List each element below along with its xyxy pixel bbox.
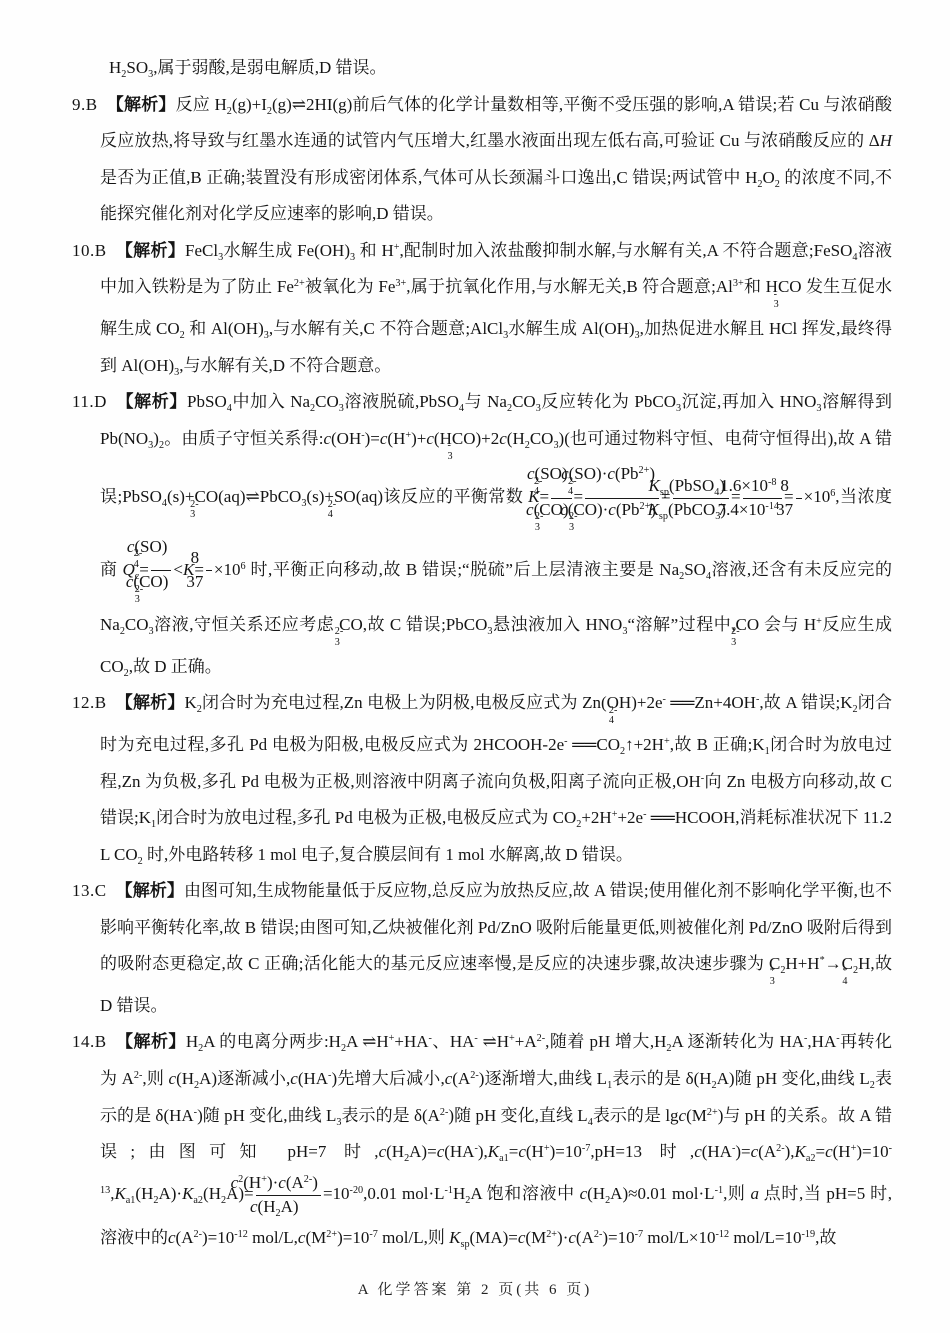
analysis-label: 【解析】 <box>107 95 176 114</box>
answer-number: 13.C <box>72 881 107 900</box>
analysis-label: 【解析】 <box>116 241 185 260</box>
answer-text: H2A 的电离分两步:H2A ⇌H++HA-、HA- ⇌H++A2-,随着 pH… <box>100 1032 892 1246</box>
answer-number: 11.D <box>72 392 107 411</box>
answer-paragraph: 11.D【解析】PbSO4中加入 Na2CO3溶液脱硫,PbSO4与 Na2CO… <box>72 384 892 685</box>
document-page: H2SO3,属于弱酸,是弱电解质,D 错误。 9.B【解析】反应 H2(g)+I… <box>0 0 950 1333</box>
answer-number: 12.B <box>72 693 107 712</box>
answer-text: K2闭合时为充电过程,Zn 电极上为阴极,电极反应式为 Zn(OH)2-4+2e… <box>100 693 892 863</box>
answer-text: PbSO4中加入 Na2CO3溶液脱硫,PbSO4与 Na2CO3反应转化为 P… <box>100 392 892 676</box>
answer-number: 14.B <box>72 1032 107 1051</box>
analysis-label: 【解析】 <box>116 693 185 712</box>
analysis-label: 【解析】 <box>116 392 187 411</box>
answer-number: 9.B <box>72 95 98 114</box>
answer-paragraph: 9.B【解析】反应 H2(g)+I2(g)⇌2HI(g)前后气体的化学计量数相等… <box>72 87 892 233</box>
answer-paragraph: 13.C【解析】由图可知,生成物能量低于反应物,总反应为放热反应,故 A 错误;… <box>72 873 892 1024</box>
answer-paragraph: 14.B【解析】H2A 的电离分两步:H2A ⇌H++HA-、HA- ⇌H++A… <box>72 1024 892 1256</box>
answer-paragraph: 10.B【解析】FeCl3水解生成 Fe(OH)3 和 H+,配制时加入浓盐酸抑… <box>72 233 892 384</box>
answer-paragraph: H2SO3,属于弱酸,是弱电解质,D 错误。 <box>72 50 892 87</box>
analysis-label: 【解析】 <box>116 1032 186 1051</box>
page-footer: A 化学答案 第 2 页(共 6 页) <box>0 1278 950 1299</box>
analysis-label: 【解析】 <box>116 881 184 900</box>
answer-list: H2SO3,属于弱酸,是弱电解质,D 错误。 9.B【解析】反应 H2(g)+I… <box>72 50 892 1256</box>
answer-text: 反应 H2(g)+I2(g)⇌2HI(g)前后气体的化学计量数相等,平衡不受压强… <box>100 95 892 224</box>
answer-text: FeCl3水解生成 Fe(OH)3 和 H+,配制时加入浓盐酸抑制水解,与水解有… <box>100 241 892 375</box>
answer-text: H2SO3,属于弱酸,是弱电解质,D 错误。 <box>109 58 386 77</box>
answer-number: 10.B <box>72 241 107 260</box>
answer-text: 由图可知,生成物能量低于反应物,总反应为放热反应,故 A 错误;使用催化剂不影响… <box>100 881 892 1015</box>
answer-paragraph: 12.B【解析】K2闭合时为充电过程,Zn 电极上为阴极,电极反应式为 Zn(O… <box>72 685 892 873</box>
